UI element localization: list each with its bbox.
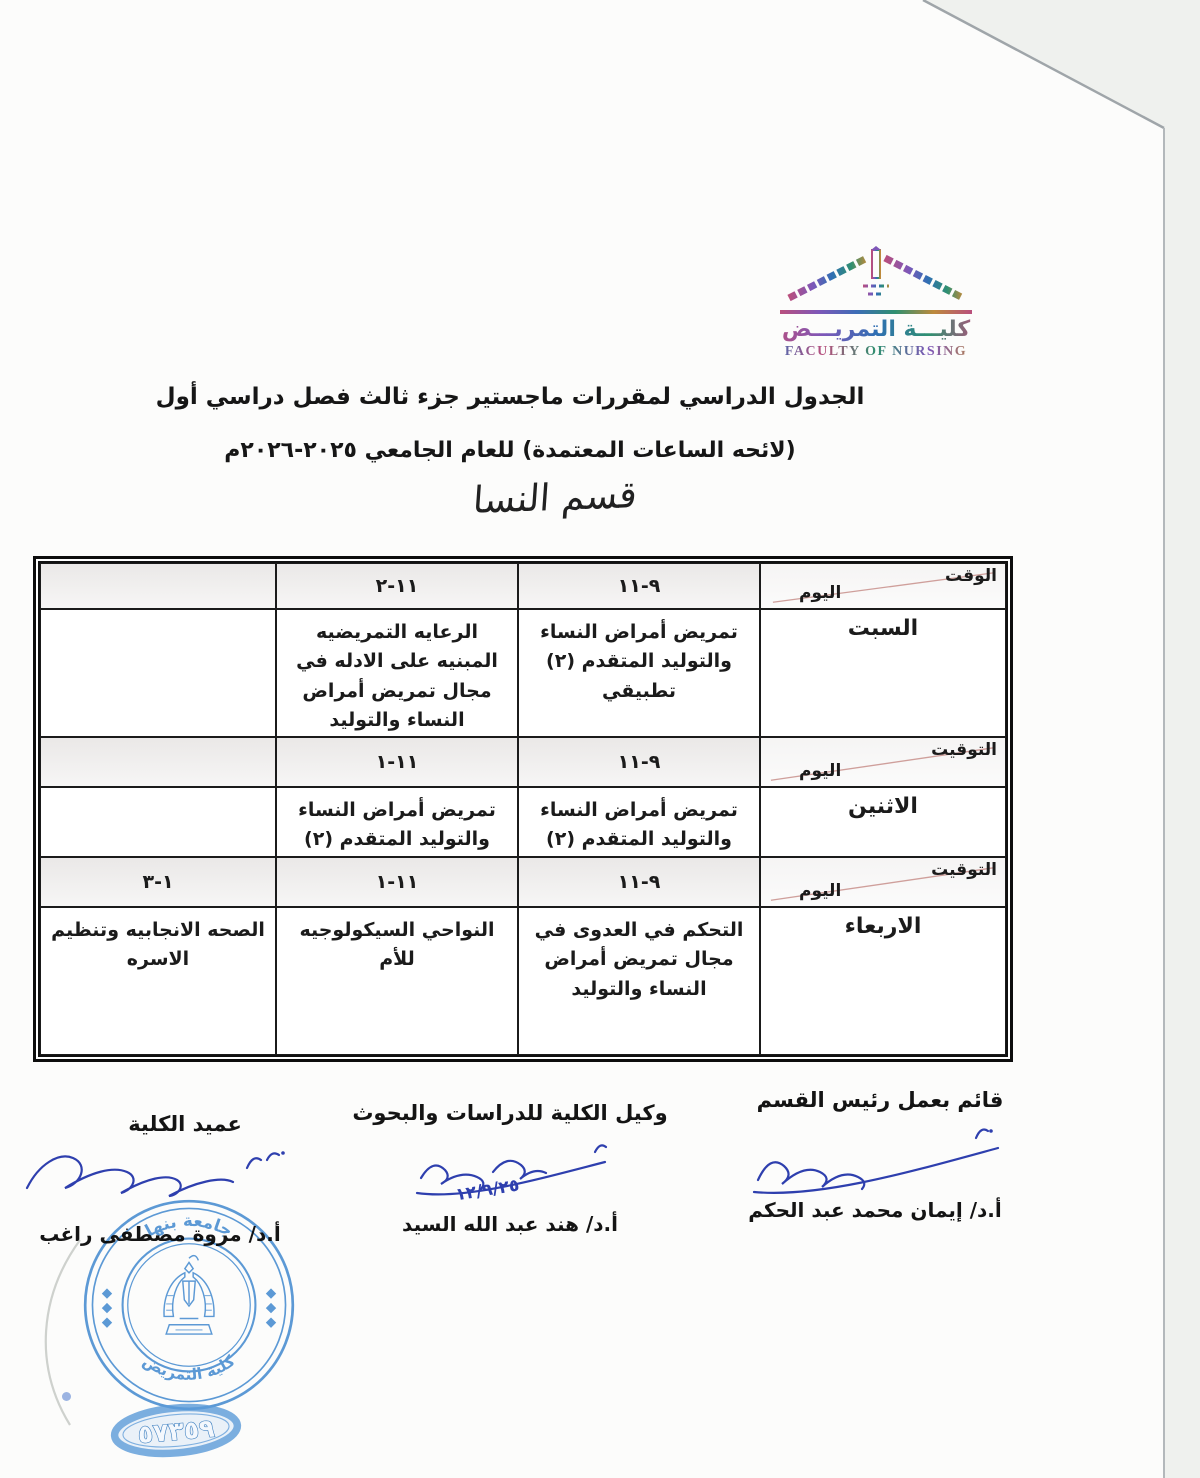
corner-day-label-1: اليوم bbox=[799, 583, 841, 603]
stamp-eagle-emblem bbox=[164, 1256, 214, 1334]
faculty-logo: كليـــة التمريـــض FACULTY OF NURSING bbox=[770, 246, 982, 360]
stamp-faculty-name: كلية التمريض bbox=[140, 1351, 239, 1384]
svg-text:جامعة بنها: جامعة بنها bbox=[142, 1211, 236, 1240]
corner-time-label-3: التوقيت bbox=[931, 860, 997, 880]
subject-wed-1-3: الصحه الانجابيه وتنظيم الاسره bbox=[40, 907, 276, 1055]
document-title-line1: الجدول الدراسي لمقررات ماجستير جزء ثالث … bbox=[120, 384, 900, 410]
table-corner-time-day-2: التوقيت اليوم bbox=[760, 737, 1006, 787]
time-header-wed-1: ٩-١١ bbox=[518, 857, 760, 907]
subject-mon-11-1: تمريض أمراض النساء والتوليد المتقدم (٢) bbox=[276, 787, 518, 857]
subject-mon-empty bbox=[40, 787, 276, 857]
logo-english-name: FACULTY OF NURSING bbox=[770, 344, 982, 360]
day-cell-monday: الاثنين bbox=[760, 787, 1006, 857]
head-of-department-name: أ.د/ إيمان محمد عبد الحكم bbox=[730, 1198, 1020, 1222]
day-cell-saturday: السبت bbox=[760, 609, 1006, 737]
time-header-mon-3 bbox=[40, 737, 276, 787]
corner-day-label-2: اليوم bbox=[799, 761, 841, 781]
department-handwritten: قسم النسا bbox=[389, 470, 722, 525]
schedule-table: الوقت اليوم ٩-١١ ١١-٢ السبت تمريض أمراض … bbox=[33, 556, 1013, 1062]
subject-wed-9-11: التحكم في العدوى في مجال تمريض أمراض الن… bbox=[518, 907, 760, 1055]
subject-wed-11-1: النواحي السيكولوجيه للأم bbox=[276, 907, 518, 1055]
table-corner-time-day-1: الوقت اليوم bbox=[760, 563, 1006, 609]
corner-time-label-2: التوقيت bbox=[931, 740, 997, 760]
subject-sat-11-2: الرعايه التمريضيه المبنيه على الادله في … bbox=[276, 609, 518, 737]
time-header-mon-2: ١١-١ bbox=[276, 737, 518, 787]
vice-dean-name: أ.د/ هند عبد الله السيد bbox=[345, 1212, 675, 1236]
time-header-sat-3 bbox=[40, 563, 276, 609]
head-of-department-signature-ink bbox=[740, 1120, 1010, 1210]
logo-arabic-name: كليـــة التمريـــض bbox=[770, 317, 982, 342]
head-of-department-title: قائم بعمل رئيس القسم bbox=[745, 1088, 1015, 1112]
subject-mon-9-11: تمريض أمراض النساء والتوليد المتقدم (٢) bbox=[518, 787, 760, 857]
university-stamp: جامعة بنها كلية التمريض bbox=[80, 1196, 298, 1414]
dean-title: عميد الكلية bbox=[55, 1112, 315, 1136]
serial-number-stamp: ٥٧٣٥٩ bbox=[104, 1397, 248, 1464]
time-header-wed-2: ١١-١ bbox=[276, 857, 518, 907]
day-cell-wednesday: الاربعاء bbox=[760, 907, 1006, 1055]
logo-divider-bar bbox=[780, 310, 972, 314]
stamp-ornament-right bbox=[266, 1288, 276, 1327]
document-title-line2: (لائحه الساعات المعتمدة) للعام الجامعي ٢… bbox=[130, 438, 890, 463]
ink-smudge-dot bbox=[62, 1392, 71, 1401]
time-header-wed-3: ١-٣ bbox=[40, 857, 276, 907]
roof-emblem-icon bbox=[775, 246, 977, 304]
time-header-sat-1: ٩-١١ bbox=[518, 563, 760, 609]
stamp-ornament-left bbox=[102, 1288, 112, 1327]
subject-sat-empty bbox=[40, 609, 276, 737]
stamp-university-name: جامعة بنها bbox=[142, 1211, 236, 1240]
time-header-mon-1: ٩-١١ bbox=[518, 737, 760, 787]
time-header-sat-2: ١١-٢ bbox=[276, 563, 518, 609]
subject-sat-9-11: تمريض أمراض النساء والتوليد المتقدم (٢) … bbox=[518, 609, 760, 737]
svg-text:كلية التمريض: كلية التمريض bbox=[140, 1351, 239, 1384]
table-corner-time-day-3: التوقيت اليوم bbox=[760, 857, 1006, 907]
scanned-document-page: كليـــة التمريـــض FACULTY OF NURSING ال… bbox=[0, 0, 1200, 1478]
corner-day-label-3: اليوم bbox=[799, 881, 841, 901]
vice-dean-title: وكيل الكلية للدراسات والبحوث bbox=[345, 1101, 675, 1125]
corner-time-label-1: الوقت bbox=[945, 566, 997, 586]
